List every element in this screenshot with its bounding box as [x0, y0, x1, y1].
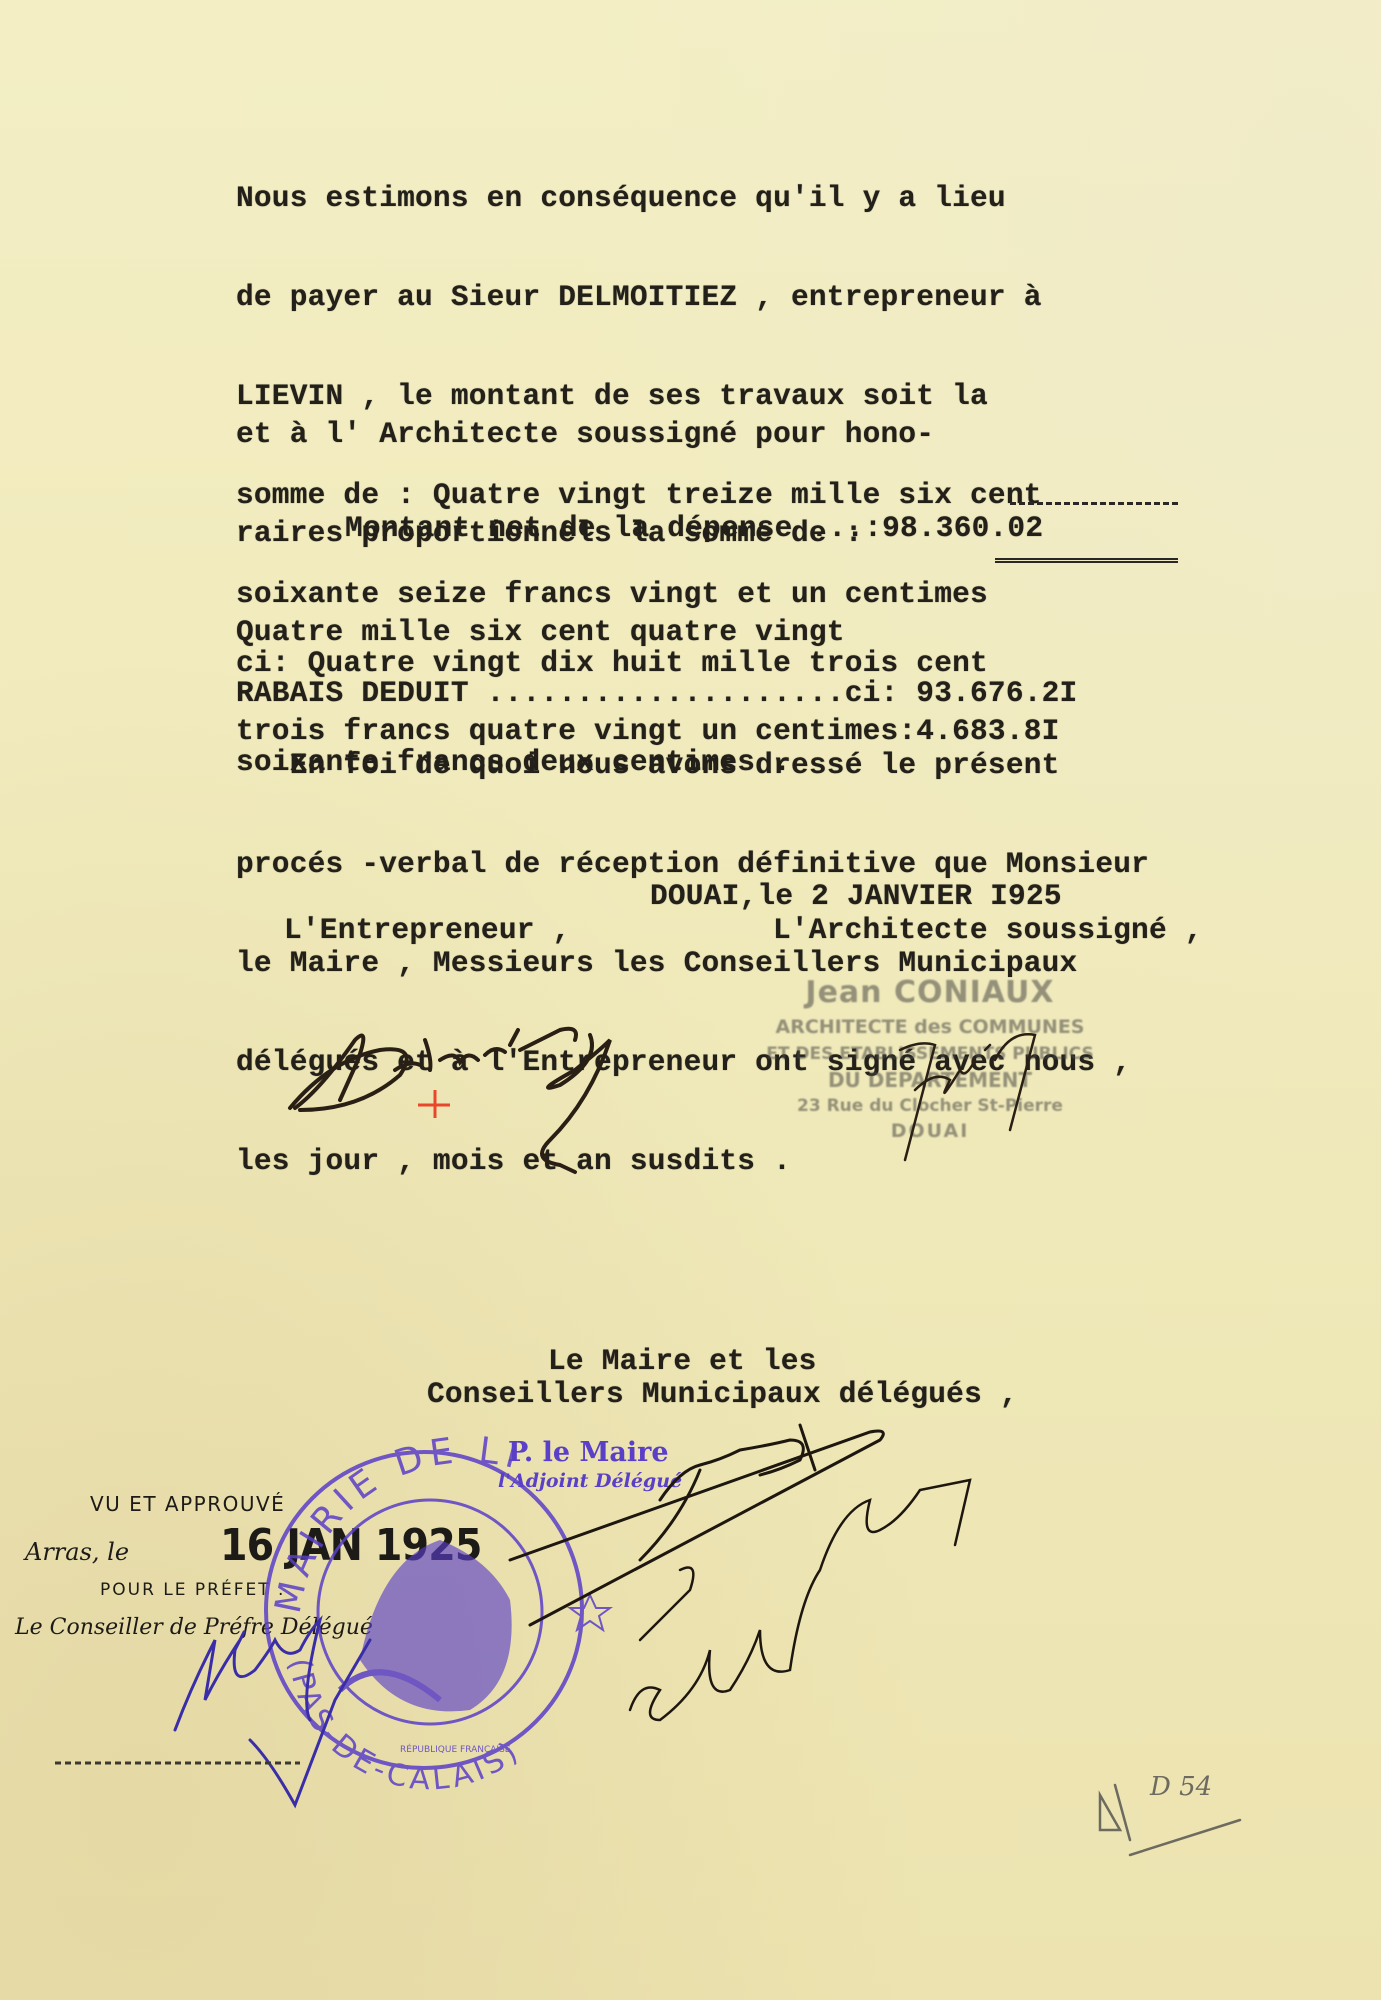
for-mayor-line1: P. le Maire — [508, 1437, 682, 1468]
text-line: En foi de quoi nous avons dressé le prés… — [236, 749, 1149, 782]
mayor-label-line2: Conseillers Municipaux délégués , — [427, 1378, 1018, 1411]
vu-et-approuve: VU ET APPROUVÉ — [90, 1492, 285, 1516]
conseiller-prefecture: Le Conseiller de Préfre Délégué — [15, 1615, 373, 1640]
for-mayor-line2: l'Adjoint Délégué — [498, 1470, 682, 1492]
architect-stamp-name: Jean CONIAUX — [720, 975, 1140, 1010]
total-double-rule — [995, 558, 1178, 563]
sum-rule — [1010, 502, 1178, 505]
text-line: Nous estimons en conséquence qu'il y a l… — [236, 182, 1077, 215]
margin-note: D 54 — [1150, 1772, 1212, 1802]
approval-date-stamp: 16 JAN 1925 — [220, 1520, 482, 1571]
text-line: et à l' Architecte soussigné pour hono- — [236, 418, 1060, 451]
architect-stamp-line: 23 Rue du Clocher St-Pierre — [720, 1096, 1140, 1116]
architect-stamp-line: ET DES ETABLISSEMENTS PUBLICS — [720, 1044, 1140, 1064]
text-line: ci: Quatre vingt dix huit mille trois ce… — [236, 647, 988, 680]
total-line: Montant net de la dépense ...:98.360.02 — [345, 512, 1043, 545]
signature-prefecture — [175, 1620, 370, 1805]
architect-label: L'Architecte soussigné , — [773, 914, 1203, 947]
for-mayor-stamp: P. le Maire l'Adjoint Délégué — [508, 1437, 682, 1492]
signature-councillor — [630, 1480, 970, 1720]
text-line: procés -verbal de réception définitive q… — [236, 848, 1149, 881]
svg-text:(PAS-DE-CALAIS): (PAS-DE-CALAIS) — [282, 1656, 528, 1797]
place-date: DOUAI,le 2 JANVIER I925 — [650, 880, 1062, 913]
pour-le-prefet: POUR LE PRÉFET . — [100, 1580, 285, 1600]
entrepreneur-label: L'Entrepreneur , — [284, 914, 570, 947]
architect-stamp-line: DU DEPARTEMENT — [720, 1068, 1140, 1092]
text-line: de payer au Sieur DELMOITIEZ , entrepren… — [236, 281, 1077, 314]
architect-stamp: Jean CONIAUX ARCHITECTE des COMMUNES ET … — [720, 975, 1140, 1142]
total-value: 98.360.02 — [882, 511, 1043, 545]
total-label: Montant net de la dépense ...: — [345, 511, 882, 545]
architect-stamp-line: DOUAI — [720, 1120, 1140, 1142]
architect-stamp-line: ARCHITECTE des COMMUNES — [720, 1016, 1140, 1038]
arras-le: Arras, le — [25, 1538, 129, 1566]
svg-text:RÉPUBLIQUE FRANÇAISE: RÉPUBLIQUE FRANÇAISE — [400, 1743, 511, 1755]
text-line: les jour , mois et an susdits . — [236, 1145, 1149, 1178]
mayor-label-line1: Le Maire et les — [548, 1345, 817, 1378]
